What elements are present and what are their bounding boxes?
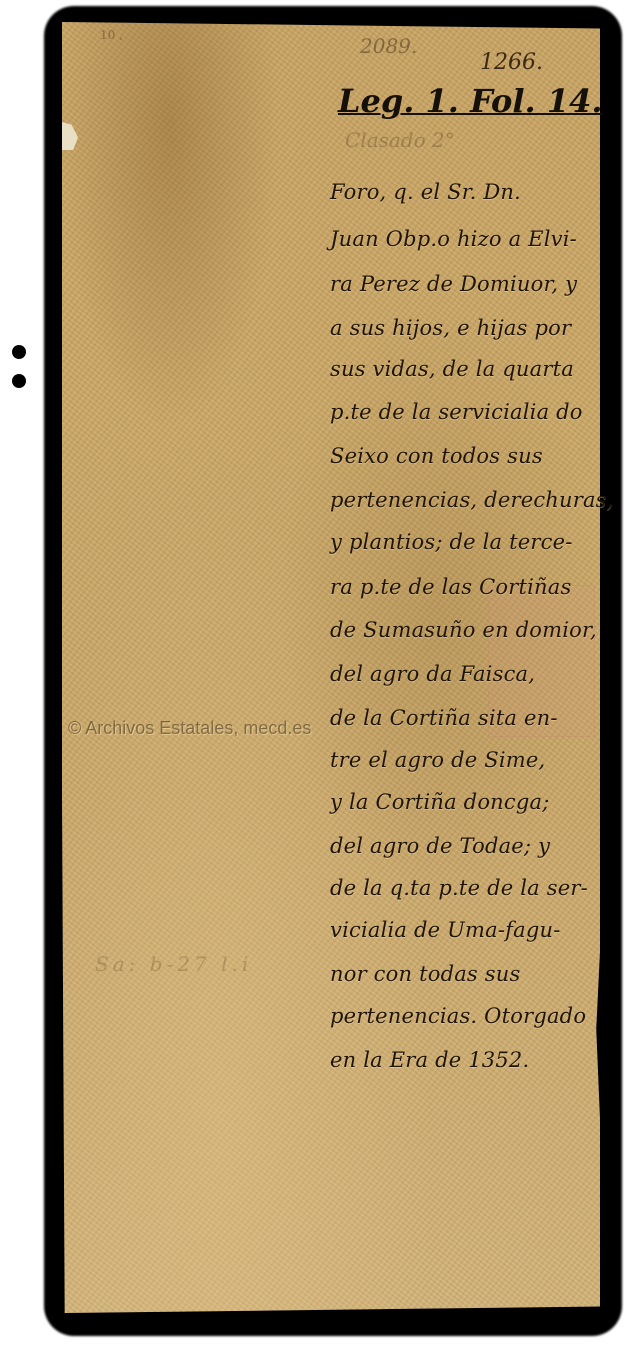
manuscript-line: vicialia de Uma-fagu- [330,918,561,942]
manuscript-line: y plantios; de la terce- [330,530,573,554]
faded-annotation: Clasado 2° [345,128,455,152]
catalog-number: 1266. [480,50,543,75]
manuscript-line: Juan Obp.o hizo a Elvi- [330,227,577,251]
shadow-speck [12,374,26,388]
manuscript-line: en la Era de 1352. [330,1048,529,1072]
manuscript-line: del agro de Todae; y [330,834,550,858]
manuscript-line: sus vidas, de la quarta [330,357,574,381]
manuscript-line: de la q.ta p.te de la ser- [330,876,588,900]
manuscript-line: ra Perez de Domiuor, y [330,272,577,296]
manuscript-line: p.te de la servicialia do [330,400,583,424]
manuscript-line: pertenencias. Otorgado [330,1004,586,1028]
manuscript-line: nor con todas sus [330,962,520,986]
manuscript-line: pertenencias, derechuras, [330,488,614,512]
faint-margin-text: Sa: b-27 l.i [95,952,252,976]
manuscript-line: tre el agro de Sime, [330,748,545,772]
shadow-speck [12,345,26,359]
faded-catalog-number: 2089. [360,34,417,58]
manuscript-line: y la Cortiña doncga; [330,790,550,814]
manuscript-line: Foro, q. el Sr. Dn. [330,180,521,204]
copyright-watermark: © Archivos Estatales, mecd.es [68,718,311,739]
manuscript-line: a sus hijos, e hijas por [330,316,571,340]
document-viewer: 10 , 2089. 1266. Leg. 1. Fol. 14. Clasad… [0,0,640,1347]
manuscript-line: de la Cortiña sita en- [330,706,558,730]
corner-mark: 10 , [100,28,123,42]
manuscript-line: del agro da Faisca, [330,662,535,686]
manuscript-line: Seixo con todos sus [330,444,543,468]
document-heading: Leg. 1. Fol. 14. [338,82,602,120]
manuscript-line: ra p.te de las Cortiñas [330,575,571,599]
manuscript-line: de Sumasuño en domior, [330,618,597,642]
